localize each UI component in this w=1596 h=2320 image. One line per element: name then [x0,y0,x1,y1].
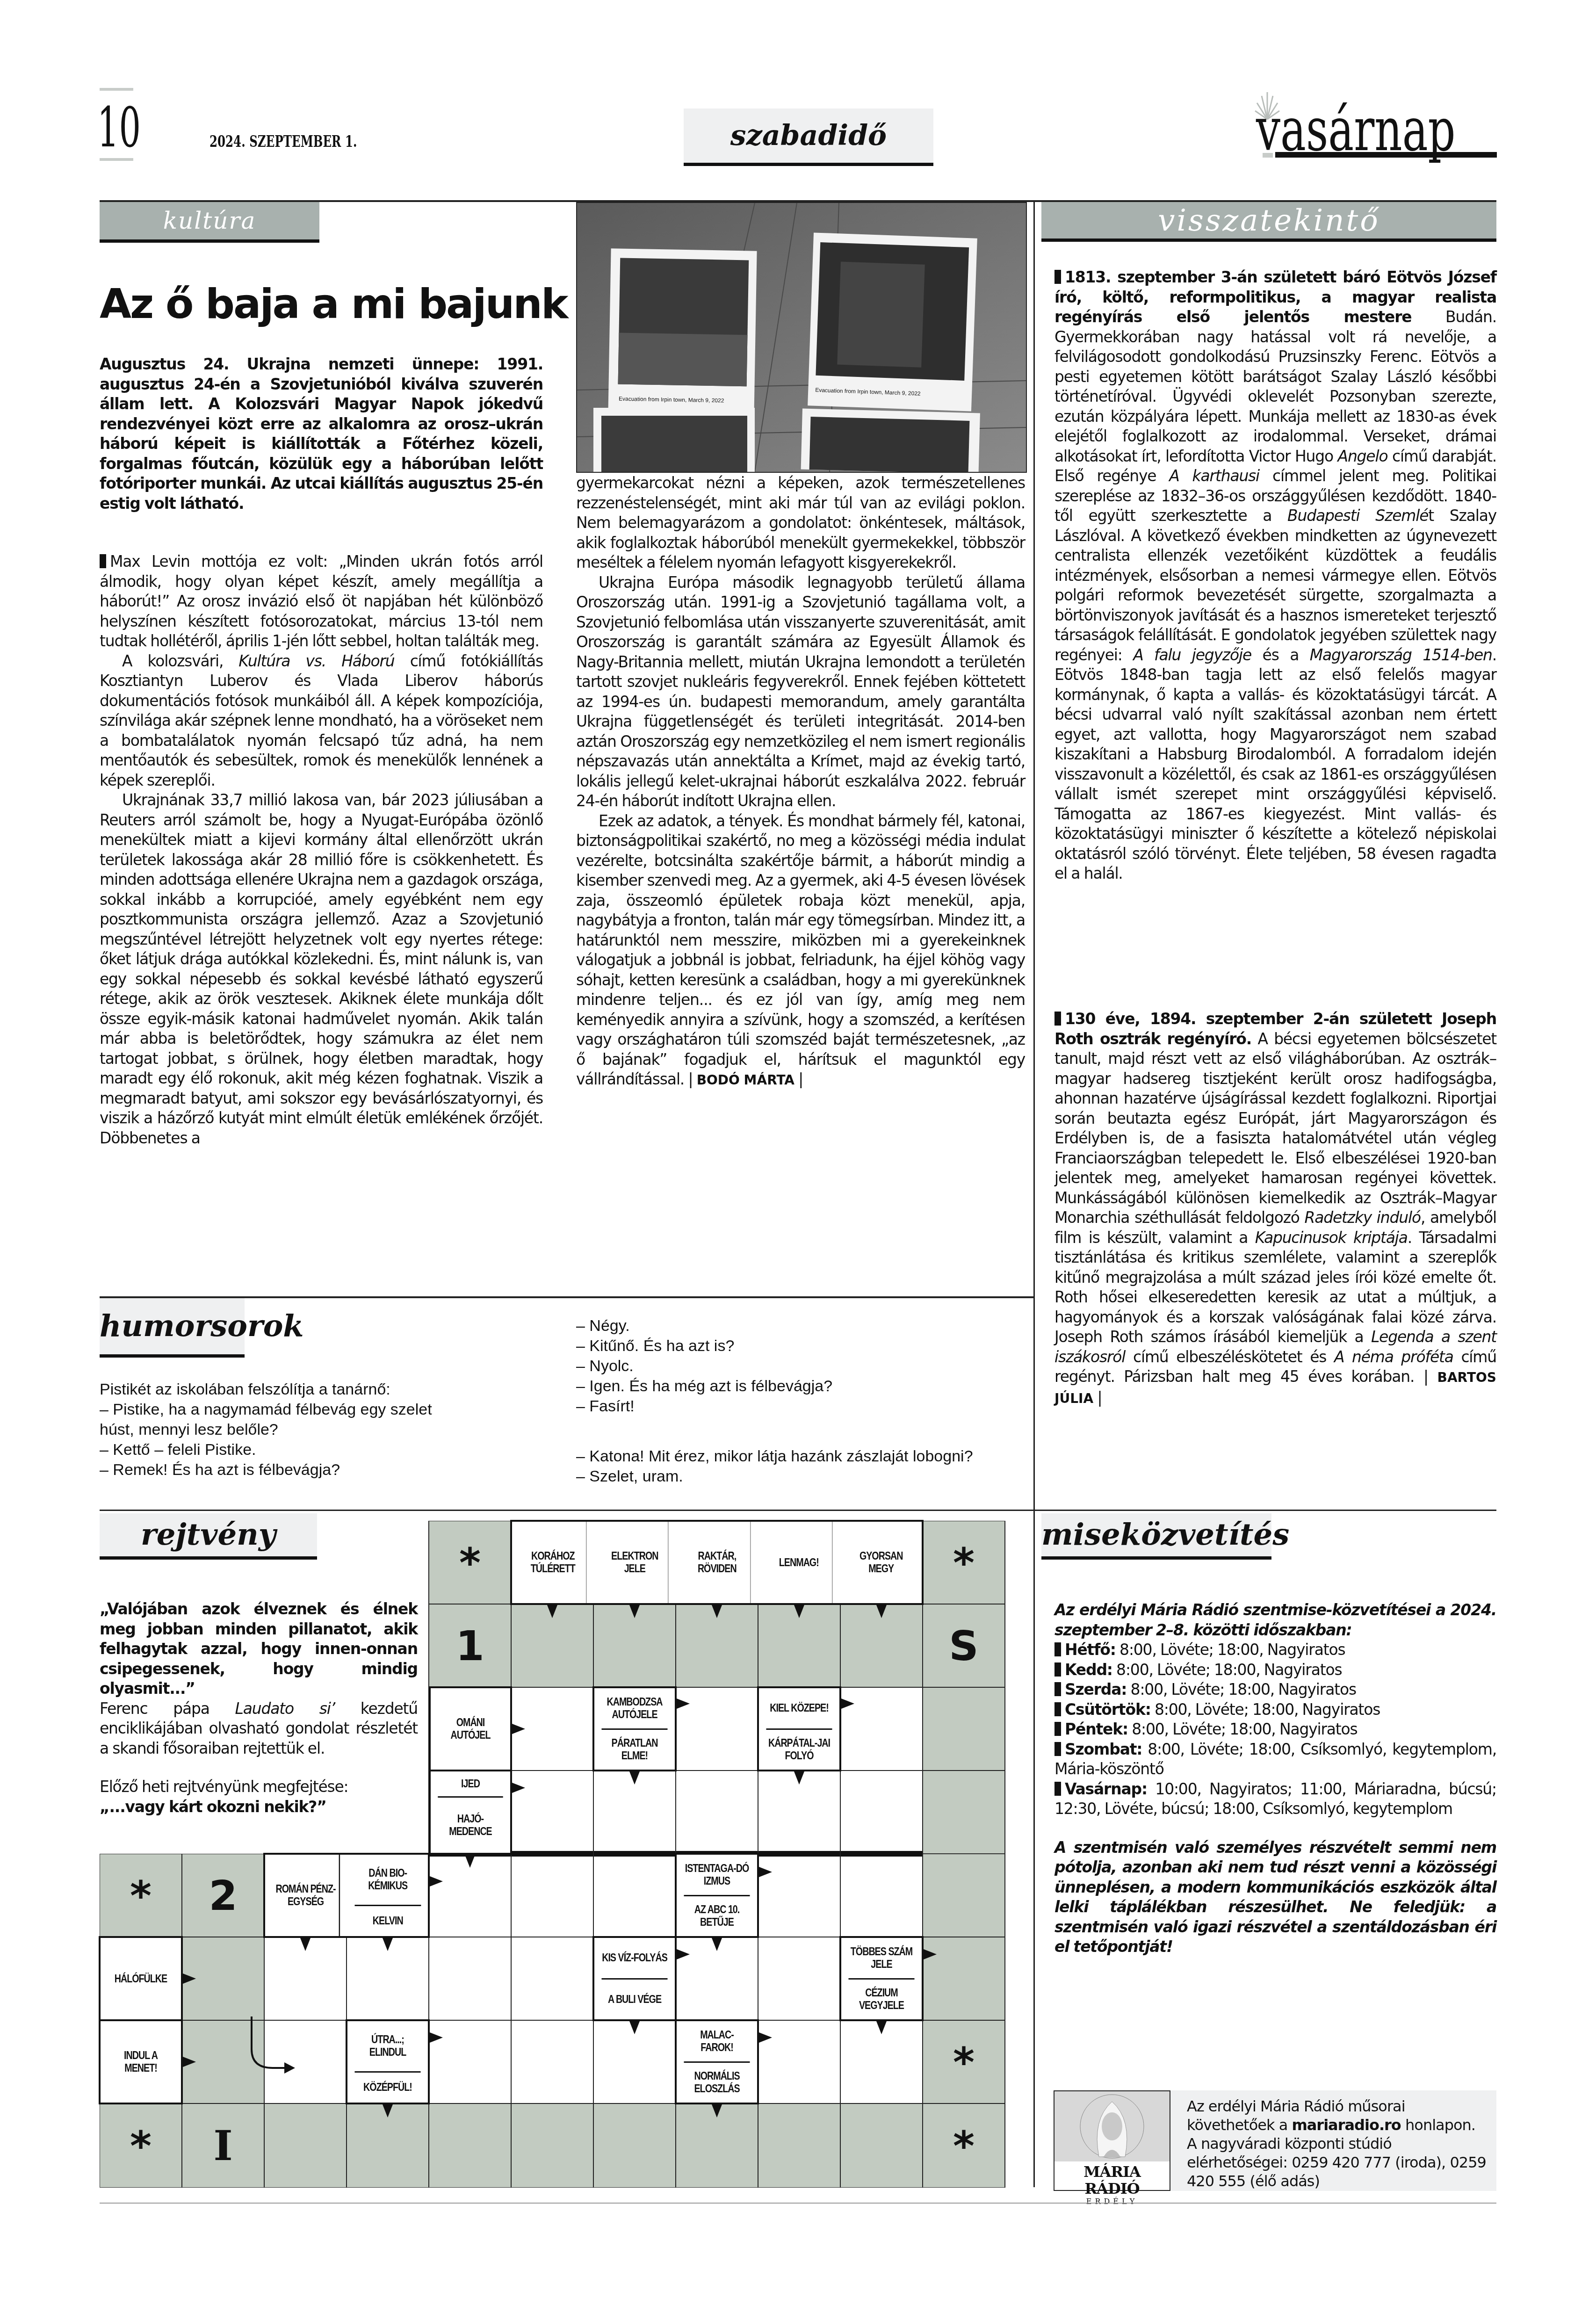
clue-box: KAMBODZSA AUTÓJELEPÁRATLAN ELME! [592,1686,677,1771]
row-1-end-letter: S [923,1604,1005,1687]
schedule-item: Szombat: 8:00, Lövéte; 18:00, Csíksomlyó… [1054,1740,1496,1779]
row-2-end-letter: I [182,2103,264,2188]
paragraph: Ezek az adatok, a tények. És mondhat bár… [576,812,1025,1089]
clue-row-top: KORÁHOZ TÚLÉRETT ELEKTRON JELE RAKTÁR, R… [510,1520,924,1605]
paragraph: Ukrajna Európa második legnagyobb terüle… [576,573,1025,811]
star-marker: * [429,1521,511,1604]
byline-separator: | [1097,1388,1102,1407]
joke-line: – Négy. [576,1316,1025,1336]
article-headline: Az ő baja a mi bajunk [100,280,567,328]
schedule-item: Vasárnap: 10:00, Nagyiratos; 11:00, Mári… [1054,1779,1496,1819]
visszatekinto-label: visszatekintő [1041,202,1496,239]
page-number: 10 [97,99,141,155]
clue-box: HÁLÓFÜLKE [99,1936,183,2021]
paragraph-marker-icon [100,554,106,568]
schedule-item: Szerda: 8:00, Lövéte; 18:00, Nagyiratos [1054,1680,1496,1700]
paragraph-marker-icon [1054,270,1061,284]
masthead-rule-accent [1263,153,1273,158]
schedule-item: Csütörtök: 8:00, Lövéte; 18:00, Nagyirat… [1054,1700,1496,1720]
star-marker: * [100,2103,182,2188]
website-link[interactable]: mariaradio.ro [1292,2116,1401,2134]
logo-wordmark: MÁRIA RÁDIÓ [1054,2163,1170,2197]
clue: KORÁHOZ TÚLÉRETT [520,1522,587,1603]
exhibition-photo: Evacuation from Irpin town, March 9, 202… [576,202,1027,473]
mass-note: A szentmisén való személyes részvételt s… [1054,1838,1496,1957]
clue: RAKTÁR, RÖVIDEN [684,1522,751,1603]
madonna-image [1054,2091,1170,2161]
joke-1-continued: – Négy. – Kitűnő. És ha azt is? – Nyolc.… [576,1316,1025,1417]
star-marker: * [923,2020,1005,2103]
misekozvetites-label: miseközvetítés [1041,1513,1271,1556]
clue-box: MALAC-FAROK!NORMÁLIS ELOSZLÁS [675,2019,759,2104]
row-2-marker: 2 [182,1854,264,1937]
exhibition-title: Kultúra vs. Háború [238,652,394,670]
page-bottom-rule [100,2203,1496,2204]
joke-line: – Fasírt! [576,1396,1025,1417]
byline-separator: | [798,1070,803,1088]
section-tab-kultura: kultúra [100,202,319,243]
column-divider [1033,202,1035,2187]
joke-line: – Remek! És ha azt is félbevágja? [100,1460,544,1480]
section-title: szabadidő [684,108,933,163]
puzzle-section-rule [100,1510,1033,1511]
clue-box: ISTENTAGA-DÓ IZMUSAZ ABC 10. BETŰJE [675,1853,759,1938]
issue-date: 2024. SZEPTEMBER 1. [209,132,357,151]
page-number-rule-top [100,88,133,91]
crossword-grid[interactable]: * * 1 S * 2 * * I * KORÁHOZ TÚLÉRETT ELE… [100,1521,1005,2188]
article-column-2: gyermekarcokat nézni a képeken, azok ter… [576,473,1025,1091]
page-number-rule-bottom [100,158,133,161]
section-tab-humorsorok: humorsorok [100,1298,245,1358]
clue: LENMAG! [766,1522,833,1603]
clue-box: INDUL A MENET! [99,2019,183,2104]
section-tab-szabadido: szabadidő [684,108,933,166]
section-tab-misekozvetites: miseközvetítés [1041,1513,1271,1560]
joke-line: – Igen. És ha még azt is félbevágja? [576,1376,1025,1396]
star-marker: * [100,1854,182,1937]
article-lead: Augusztus 24. Ukrajna nemzeti ünnepe: 19… [100,354,543,513]
schedule-item: Hétfő: 8:00, Lövéte; 18:00, Nagyiratos [1054,1640,1496,1660]
masthead-title: vasárnap [1256,100,1456,160]
maria-radio-logo: MÁRIA RÁDIÓ ERDÉLY [1054,2090,1170,2191]
joke-line: – Katona! Mit érez, mikor látja hazánk z… [576,1446,1025,1467]
clue: GYORSAN MEGY [847,1522,914,1603]
clue-box: KIEL KÖZEPE!KÁRPÁTAL-JAI FOLYÓ [757,1686,841,1771]
joke-line: – Kettő – feleli Pistike. [100,1440,544,1460]
humorsorok-label: humorsorok [100,1298,245,1354]
clue-box: ROMÁN PÉNZ-EGYSÉG DÁN BIO-KÉMIKUSKELVIN [263,1853,430,1938]
paragraph: Ukrajnának 33,7 millió lakosa van, bár 2… [100,790,543,1148]
clue-box: OMÁNI AUTÓJEL [429,1686,512,1771]
continuation-arrow-icon [252,2016,284,2068]
schedule-item: Kedd: 8:00, Lövéte; 18:00, Nagyiratos [1054,1660,1496,1680]
joke-line: Pistikét az iskolában felszólítja a taná… [100,1380,544,1400]
photo-street-exhibition-image: Evacuation from Irpin town, March 9, 202… [577,203,1026,472]
kultura-label: kultúra [100,202,319,239]
paragraph-marker-icon [1054,1012,1061,1026]
promo-text: Az erdélyi Mária Rádió műsorai követhető… [1187,2097,1486,2190]
clue-box: IJEDHAJÓ-MEDENCE [429,1770,512,1855]
text: A kolozsvári, [122,652,238,670]
joke-line: – Nyolc. [576,1356,1025,1376]
star-marker: * [923,2103,1005,2188]
article-column-1: Max Levin mottója ez volt: „Minden ukrán… [100,552,543,1148]
logo-subtitle: ERDÉLY [1054,2197,1170,2206]
star-marker: * [923,1521,1005,1604]
text: című fotókiállítás Kosztiantyn Luberov é… [100,652,543,789]
paragraph: Max Levin mottója ez volt: „Minden ukrán… [100,552,543,650]
retrospective-item-eotvos: 1813. szeptember 3-án született báró Eöt… [1054,267,1496,884]
joke-line: – Szelet, uram. [576,1467,1025,1487]
masthead-logo: vasárnap [1253,91,1496,161]
joke-line: – Kitűnő. És ha azt is? [576,1336,1025,1356]
clue-box: ÚTRA...; ELINDULKÖZÉPFÜL! [346,2019,430,2104]
retrospective-item-roth: 130 éve, 1894. szeptember 2-án született… [1054,1009,1496,1409]
row-1-marker: 1 [429,1604,511,1687]
schedule-item: Péntek: 8:00, Lövéte; 18:00, Nagyiratos [1054,1720,1496,1740]
joke-1: Pistikét az iskolában felszólítja a taná… [100,1380,544,1480]
clue-box: TÖBBES SZÁM JELECÉZIUM VEGYJELE [839,1936,924,2021]
joke-2: – Katona! Mit érez, mikor látja hazánk z… [576,1446,1025,1487]
masthead-rule [1275,152,1497,158]
section-tab-visszatekinto: visszatekintő [1041,202,1496,242]
maria-radio-promo: MÁRIA RÁDIÓ ERDÉLY Az erdélyi Mária Rádi… [1054,2090,1496,2191]
paragraph: gyermekarcokat nézni a képeken, azok ter… [576,473,1025,573]
mass-schedule: Az erdélyi Mária Rádió szentmise-közvetí… [1054,1600,1496,1957]
clue-box: KIS VÍZ-FOLYÁSA BULI VÉGE [592,1936,677,2021]
joke-line: – Pistike, ha a nagymamád félbevág egy s… [100,1400,455,1440]
clue: ELEKTRON JELE [601,1522,669,1603]
author-byline: BODÓ MÁRTA [697,1072,794,1088]
schedule-intro: Az erdélyi Mária Rádió szentmise-közvetí… [1054,1600,1496,1640]
mass-section-rule [1033,1510,1496,1511]
